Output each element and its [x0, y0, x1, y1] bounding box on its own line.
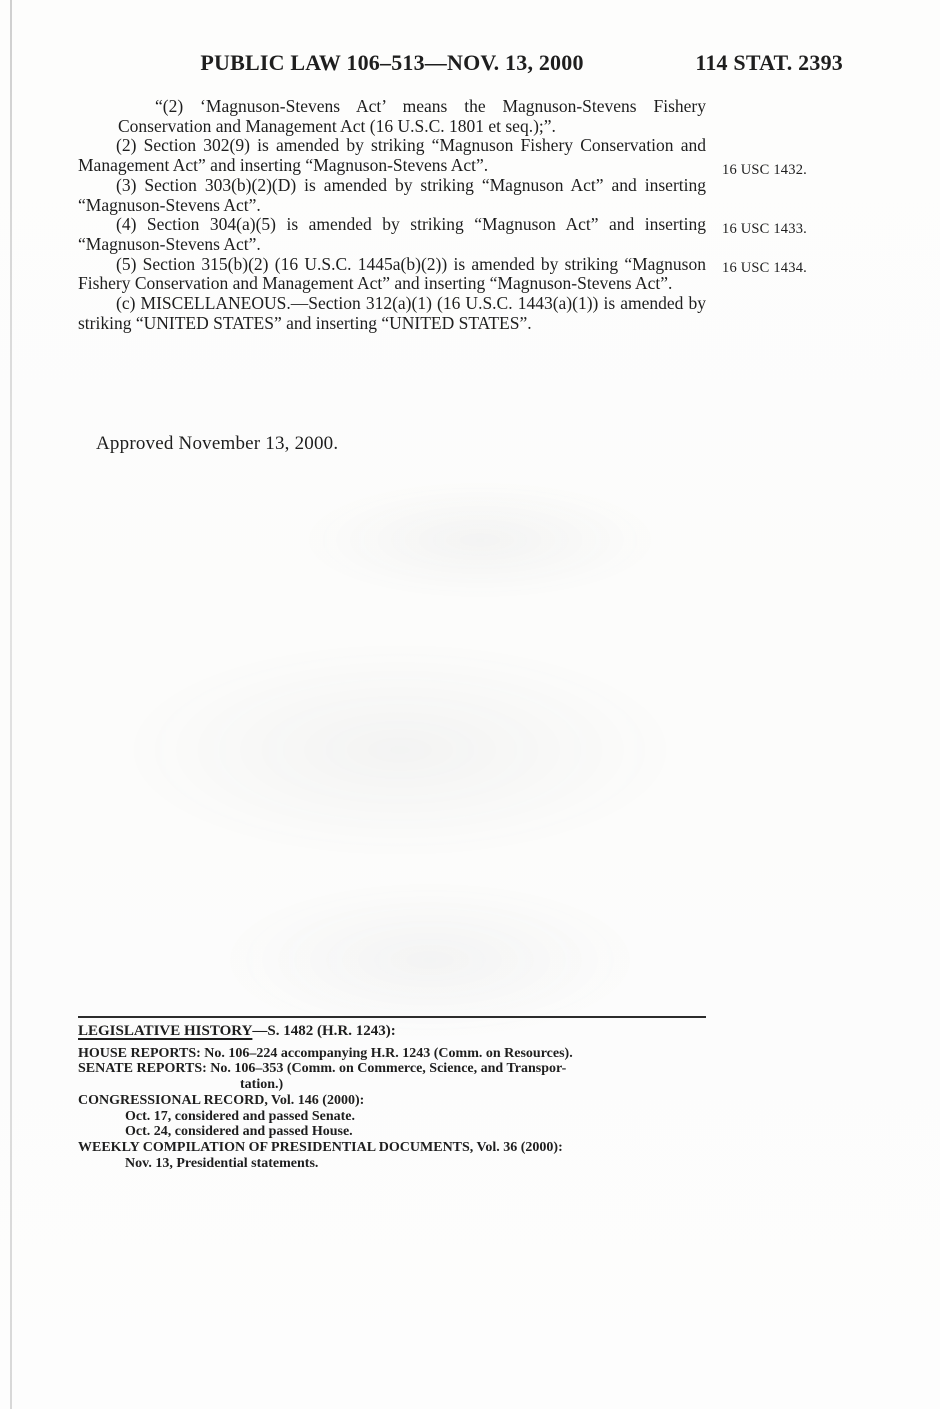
- margin-note-usc-citation: 16 USC 1433.: [722, 221, 807, 238]
- weekly-compilation-item: Nov. 13, Presidential statements.: [125, 1156, 706, 1172]
- legislative-history-heading-label: LEGISLATIVE HISTORY: [78, 1023, 252, 1039]
- congressional-record-item: Oct. 24, considered and passed House.: [125, 1124, 706, 1140]
- statute-paragraph-quoted-definition: “(2) ‘Magnuson-Stevens Act’ means the Ma…: [118, 97, 706, 136]
- running-head-law-title: PUBLIC LAW 106–513—NOV. 13, 2000: [78, 50, 706, 76]
- statute-paragraph-amendment-3: (3) Section 303(b)(2)(D) is amended by s…: [78, 176, 706, 215]
- legislative-history-heading-bills: —S. 1482 (H.R. 1243):: [252, 1023, 395, 1039]
- page-scan-edge: [10, 0, 12, 1409]
- congressional-record-item: Oct. 17, considered and passed Senate.: [125, 1109, 706, 1125]
- senate-reports-continuation: tation.): [240, 1077, 706, 1093]
- running-head-stat-number: 114 STAT. 2393: [695, 50, 843, 76]
- legislative-history-section: LEGISLATIVE HISTORY—S. 1482 (H.R. 1243):…: [78, 1016, 706, 1171]
- congressional-record-entry: CONGRESSIONAL RECORD, Vol. 146 (2000):: [78, 1093, 706, 1109]
- scan-artifact: [300, 480, 660, 600]
- statute-paragraph-amendment-5: (5) Section 315(b)(2) (16 U.S.C. 1445a(b…: [78, 255, 706, 294]
- senate-reports-entry: SENATE REPORTS: No. 106–353 (Comm. on Co…: [78, 1061, 706, 1077]
- house-reports-entry: HOUSE REPORTS: No. 106–224 accompanying …: [78, 1046, 706, 1062]
- statute-paragraph-amendment-2: (2) Section 302(9) is amended by strikin…: [78, 136, 706, 175]
- margin-note-usc-citation: 16 USC 1434.: [722, 260, 807, 277]
- scan-artifact: [120, 640, 680, 860]
- statute-paragraph-miscellaneous: (c) MISCELLANEOUS.—Section 312(a)(1) (16…: [78, 294, 706, 333]
- legislative-history-rule: [78, 1016, 706, 1018]
- approval-date-line: Approved November 13, 2000.: [96, 433, 338, 455]
- margin-note-usc-citation: 16 USC 1432.: [722, 162, 807, 179]
- public-law-document-page: PUBLIC LAW 106–513—NOV. 13, 2000 114 STA…: [0, 0, 940, 1409]
- weekly-compilation-entry: WEEKLY COMPILATION OF PRESIDENTIAL DOCUM…: [78, 1140, 706, 1156]
- statute-paragraph-amendment-4: (4) Section 304(a)(5) is amended by stri…: [78, 215, 706, 254]
- statute-body-text: “(2) ‘Magnuson-Stevens Act’ means the Ma…: [78, 97, 706, 333]
- legislative-history-heading: LEGISLATIVE HISTORY—S. 1482 (H.R. 1243):: [78, 1024, 706, 1040]
